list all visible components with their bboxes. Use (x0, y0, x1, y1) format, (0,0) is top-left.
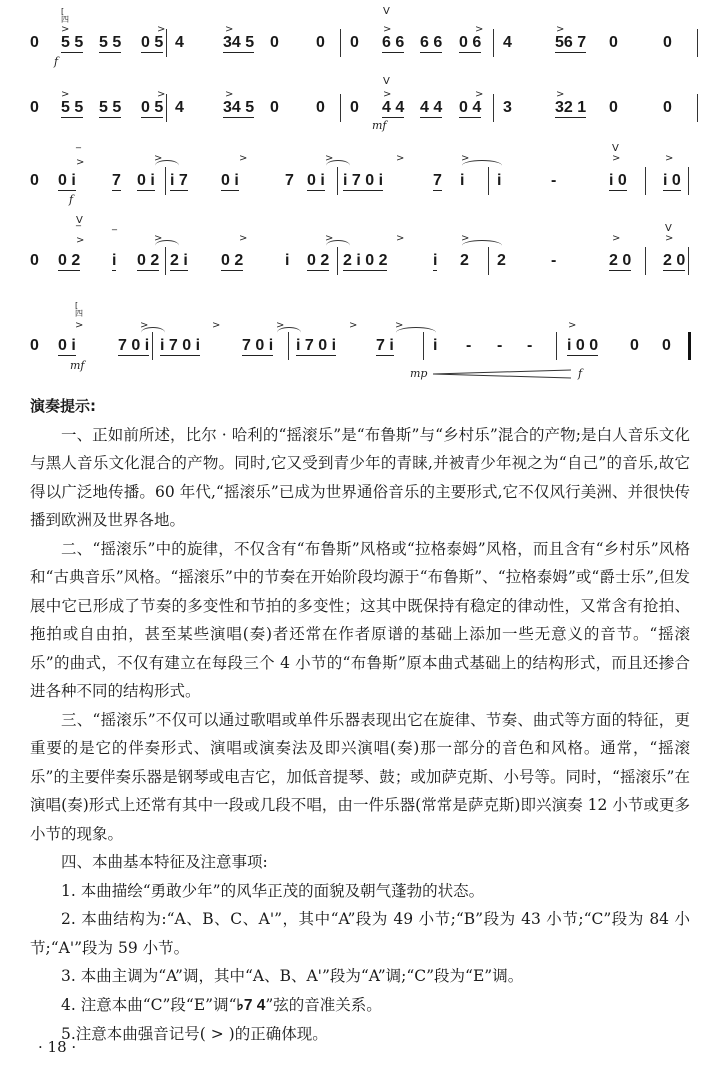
rehearsal-mark: [四 (75, 302, 83, 318)
note: 0 (316, 34, 325, 52)
note-group: 5 5 (61, 99, 83, 117)
list-item-5: 5.注意本曲强音记号( > )的正确体现。 (30, 1020, 690, 1049)
score-row-1: [四 > > > V > > > 0 5 5 5 5 0 5 4 34 5 0 … (0, 2, 715, 62)
note-group: 56 7 (555, 34, 586, 52)
tie-slur (462, 160, 502, 171)
note: i (460, 172, 464, 190)
list-item-4-tail: ”弦的音准关系。 (265, 996, 381, 1014)
list-item-2: 2. 本曲结构为:“A、B、C、A'”，其中“A”段为 49 小节;“B”段为 … (30, 905, 690, 962)
note-group: 0 5 (141, 99, 163, 117)
note-group: 7 0 i (242, 337, 273, 355)
score-row-3: ‾ > > > > > > V > > 0 0 i 7 0 i i 7 0 i … (0, 140, 715, 200)
note-group: 4 4 (382, 99, 404, 117)
rest-dash: - (497, 337, 502, 355)
score-row-2: > > > V > > > 0 5 5 5 5 0 5 4 34 5 0 0 0… (0, 67, 715, 127)
note-group: 0 i (58, 337, 76, 355)
note-group: 0 2 (137, 252, 159, 270)
note-group: 2 i (170, 252, 188, 270)
barline (165, 167, 166, 195)
note: 0 (350, 99, 359, 117)
tie-slur (462, 240, 502, 251)
dynamic-marking: f (578, 367, 582, 380)
barline (556, 332, 557, 360)
rest-dash: - (466, 337, 471, 355)
note-group: 0 i (307, 172, 325, 190)
paragraph-1: 一、正如前所述，比尔 · 哈利的“摇滚乐”是“布鲁斯”与“乡村乐”混合的产物;是… (30, 421, 690, 535)
paragraph-4-heading: 四、本曲基本特征及注意事项: (30, 848, 690, 877)
barline (288, 332, 289, 360)
barline (493, 29, 494, 57)
note: 7 (112, 172, 121, 190)
note-group: 0 5 (141, 34, 163, 52)
note-group: 0 2 (307, 252, 329, 270)
barline (645, 167, 646, 195)
note-group: i 0 (663, 172, 681, 190)
tie-slur (155, 160, 179, 171)
note: 0 (30, 34, 39, 52)
final-barline (688, 332, 691, 360)
barline (493, 94, 494, 122)
note-group: 5 5 (99, 99, 121, 117)
accent-mark: V (383, 7, 390, 17)
note: 0 (609, 34, 618, 52)
note: 0 (630, 337, 639, 355)
note-group: 6 6 (420, 34, 442, 52)
note-group: 0 2 (58, 252, 80, 270)
note: 2 (497, 252, 506, 270)
page-number: · 18 · (38, 1038, 76, 1056)
rest-dash: - (551, 172, 556, 190)
note: 0 (316, 99, 325, 117)
note-group: 2 0 (663, 252, 685, 270)
list-item-4-text: 4. 注意本曲“C”段“E”调“ (61, 996, 237, 1014)
note: 0 (30, 172, 39, 190)
performance-notes: 演奏提示: 一、正如前所述，比尔 · 哈利的“摇滚乐”是“布鲁斯”与“乡村乐”混… (30, 392, 690, 1049)
note-group: 0 i (58, 172, 76, 190)
barline (340, 29, 341, 57)
note-group: 7 0 i (118, 337, 149, 355)
paragraph-2: 二、“摇滚乐”中的旋律，不仅含有“布鲁斯”风格或“拉格泰姆”风格，而且含有“乡村… (30, 535, 690, 706)
accent-mark: > (239, 154, 247, 164)
list-item-3: 3. 本曲主调为“A”调，其中“A、B、A'”段为“A”调;“C”段为“E”调。 (30, 962, 690, 991)
note: 0 (350, 34, 359, 52)
accent-mark: > (212, 321, 220, 331)
dynamic-marking: f (69, 193, 73, 206)
barline (697, 94, 698, 122)
note-group: 2 i 0 2 (343, 252, 387, 270)
note: i (497, 172, 501, 190)
note: i (433, 337, 437, 355)
note: 0 (270, 34, 279, 52)
accent-mark: > (665, 234, 673, 244)
note: 0 (270, 99, 279, 117)
note-group: 0 i (221, 172, 239, 190)
note-group: 0 i (137, 172, 155, 190)
tenuto-mark: ‾ (112, 230, 117, 240)
accent-mark: V (383, 77, 390, 87)
notes-heading: 演奏提示: (30, 392, 690, 421)
note: 3 (503, 99, 512, 117)
barline (166, 29, 167, 57)
numbered-music-score: [四 > > > V > > > 0 5 5 5 5 0 5 4 34 5 0 … (0, 0, 715, 390)
note-group: 5 5 (99, 34, 121, 52)
barline (645, 247, 646, 275)
accent-mark: > (612, 154, 620, 164)
list-item-1: 1. 本曲描绘“勇敢少年”的风华正茂的面貌及朝气蓬勃的状态。 (30, 877, 690, 906)
note: 4 (175, 34, 184, 52)
barline (337, 247, 338, 275)
note-group: 0 2 (221, 252, 243, 270)
note: i (112, 252, 116, 270)
barline (488, 167, 489, 195)
note: 0 (30, 99, 39, 117)
accent-mark: > (349, 321, 357, 331)
note-group: 5 5 (61, 34, 83, 52)
note-group: 0 4 (459, 99, 481, 117)
note-group: i 7 0 i (296, 337, 336, 355)
tie-slur (155, 240, 179, 251)
dynamic-marking: mp (410, 367, 427, 380)
barline (337, 167, 338, 195)
accent-mark: > (396, 154, 404, 164)
barline (488, 247, 489, 275)
list-item-4: 4. 注意本曲“C”段“E”调“♭7 4”弦的音准关系。 (30, 991, 690, 1021)
note: 7 (433, 172, 442, 190)
note: 0 (663, 34, 672, 52)
rest-dash: - (551, 252, 556, 270)
barline (165, 247, 166, 275)
note-group: i 7 0 i (343, 172, 383, 190)
tie-slur (396, 327, 436, 338)
note: 4 (175, 99, 184, 117)
dynamic-marking: mf (70, 359, 85, 372)
score-row-4: V ‾ > ‾ > > > > > > V > 0 0 2 i 0 2 2 i … (0, 220, 715, 280)
barline (688, 167, 689, 195)
note-group: 4 4 (420, 99, 442, 117)
note-group: 0 6 (459, 34, 481, 52)
accent-mark: > (568, 321, 576, 331)
accent-mark: > (76, 236, 84, 246)
note: 4 (503, 34, 512, 52)
accent-mark: > (612, 234, 620, 244)
accent-mark: > (239, 234, 247, 244)
note: i (285, 252, 289, 270)
accent-mark: > (76, 158, 84, 168)
barline (340, 94, 341, 122)
note: 0 (30, 252, 39, 270)
crescendo-hairpin (433, 369, 573, 379)
barline (697, 29, 698, 57)
rehearsal-mark: [四 (61, 8, 69, 24)
note-group: 7 i (376, 337, 394, 355)
note-group: 2 0 (609, 252, 631, 270)
note: 7 (285, 172, 294, 190)
note: 0 (30, 337, 39, 355)
paragraph-3: 三、“摇滚乐”不仅可以通过歌唱或单件乐器表现出它在旋律、节奏、曲式等方面的特征，… (30, 706, 690, 849)
note-group: i 0 (609, 172, 627, 190)
note-group: 32 1 (555, 99, 586, 117)
dynamic-marking: mf (372, 119, 387, 132)
score-row-5: [四 > > > > > > > 0 0 i 7 0 i i 7 0 i 7 0… (0, 305, 715, 365)
note-group: i 0 0 (567, 337, 598, 355)
accent-mark: > (75, 321, 83, 331)
accent-mark: > (396, 234, 404, 244)
note-group: i 7 0 i (160, 337, 200, 355)
note: 0 (609, 99, 618, 117)
barline (166, 94, 167, 122)
note: i (433, 252, 437, 270)
barline (152, 332, 153, 360)
note-group: 34 5 (223, 99, 254, 117)
barline (423, 332, 424, 360)
note: 0 (663, 99, 672, 117)
note-group: 6 6 (382, 34, 404, 52)
barline (688, 247, 689, 275)
accent-mark: > (665, 154, 673, 164)
rest-dash: - (527, 337, 532, 355)
chord-notation: ♭7 4 (237, 997, 266, 1014)
note: 2 (460, 252, 469, 270)
note: 0 (662, 337, 671, 355)
note-group: 34 5 (223, 34, 254, 52)
note-group: i 7 (170, 172, 188, 190)
